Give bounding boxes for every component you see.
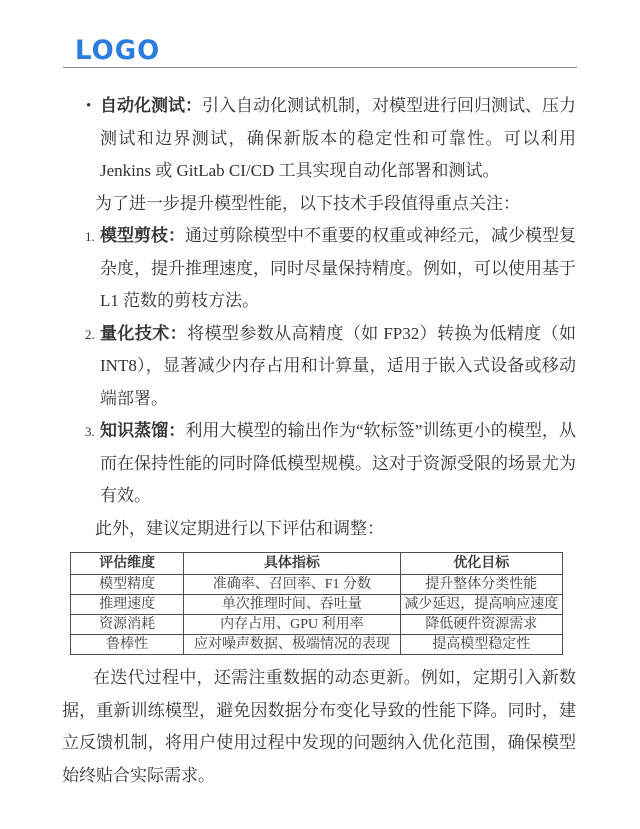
table-cell: 准确率、召回率、F1 分数	[184, 575, 400, 595]
table-cell: 提升整体分类性能	[400, 575, 562, 595]
evaluation-table: 评估维度 具体指标 优化目标 模型精度 准确率、召回率、F1 分数 提升整体分类…	[70, 552, 563, 655]
table-row: 模型精度 准确率、召回率、F1 分数 提升整体分类性能	[71, 575, 563, 595]
table-header-row: 评估维度 具体指标 优化目标	[71, 553, 563, 575]
bullet-list-item: • 自动化测试：引入自动化测试机制，对模型进行回归测试、压力测试和边界测试，确保…	[62, 90, 576, 188]
numbered-item-3-marker: 3.	[62, 415, 100, 513]
numbered-item-1-title: 模型剪枝：	[100, 226, 185, 245]
numbered-item-2-text: 量化技术：将模型参数从高精度（如 FP32）转换为低精度（如 INT8），显著减…	[100, 318, 576, 416]
closing-paragraph: 在迭代过程中，还需注重数据的动态更新。例如，定期引入新数据，重新训练模型，避免因…	[62, 662, 576, 792]
numbered-item-1: 1. 模型剪枝：通过剪除模型中不重要的权重或神经元，减少模型复杂度，提升推理速度…	[62, 220, 576, 318]
table-cell: 内存占用、GPU 利用率	[184, 615, 400, 635]
table-cell: 单次推理时间、吞吐量	[184, 595, 400, 615]
numbered-item-1-text: 模型剪枝：通过剪除模型中不重要的权重或神经元，减少模型复杂度，提升推理速度，同时…	[100, 220, 576, 318]
numbered-item-3-title: 知识蒸馏：	[100, 421, 185, 440]
table-cell: 推理速度	[71, 595, 184, 615]
lead-paragraph-2: 此外，建议定期进行以下评估和调整：	[95, 513, 576, 546]
table-row: 鲁棒性 应对噪声数据、极端情况的表现 提高模型稳定性	[71, 635, 563, 655]
table-cell: 提高模型稳定性	[400, 635, 562, 655]
table-cell: 资源消耗	[71, 615, 184, 635]
bullet-item-text: 自动化测试：引入自动化测试机制，对模型进行回归测试、压力测试和边界测试，确保新版…	[100, 90, 576, 188]
numbered-item-2: 2. 量化技术：将模型参数从高精度（如 FP32）转换为低精度（如 INT8），…	[62, 318, 576, 416]
numbered-item-3-text: 知识蒸馏：利用大模型的输出作为“软标签”训练更小的模型，从而在保持性能的同时降低…	[100, 415, 576, 513]
bullet-marker: •	[62, 90, 100, 188]
table-cell: 应对噪声数据、极端情况的表现	[184, 635, 400, 655]
document-header: LOGO	[63, 38, 577, 68]
numbered-item-2-marker: 2.	[62, 318, 100, 416]
table-header-cell: 评估维度	[71, 553, 184, 575]
numbered-item-1-marker: 1.	[62, 220, 100, 318]
table-cell: 降低硬件资源需求	[400, 615, 562, 635]
numbered-item-2-title: 量化技术：	[100, 324, 187, 343]
document-body: • 自动化测试：引入自动化测试机制，对模型进行回归测试、压力测试和边界测试，确保…	[62, 90, 576, 792]
table-header-cell: 优化目标	[400, 553, 562, 575]
table-row: 推理速度 单次推理时间、吞吐量 减少延迟，提高响应速度	[71, 595, 563, 615]
table-header-cell: 具体指标	[184, 553, 400, 575]
table-cell: 鲁棒性	[71, 635, 184, 655]
table-cell: 减少延迟，提高响应速度	[400, 595, 562, 615]
bullet-item-title: 自动化测试：	[100, 96, 202, 115]
table-row: 资源消耗 内存占用、GPU 利用率 降低硬件资源需求	[71, 615, 563, 635]
table-cell: 模型精度	[71, 575, 184, 595]
document-page: LOGO • 自动化测试：引入自动化测试机制，对模型进行回归测试、压力测试和边界…	[0, 0, 640, 829]
logo: LOGO	[75, 38, 160, 65]
lead-paragraph-1: 为了进一步提升模型性能，以下技术手段值得重点关注：	[95, 188, 576, 221]
numbered-item-3: 3. 知识蒸馏：利用大模型的输出作为“软标签”训练更小的模型，从而在保持性能的同…	[62, 415, 576, 513]
